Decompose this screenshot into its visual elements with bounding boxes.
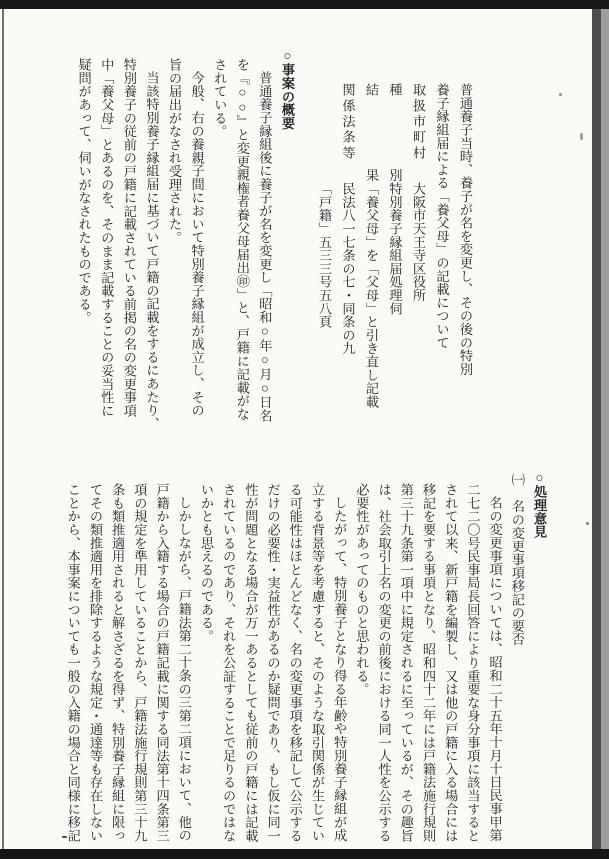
case-summary-section: ○事案の概要 普通養子縁組後に養子が名を変更し「昭和○年○月○日名 を『○○』と… [72, 48, 298, 432]
scanned-page: 普通養子当時、養子が名を変更し、その後の特別 養子縁組届による「養父母」の記載に… [0, 0, 609, 859]
meta-label: 取扱市町村 [407, 83, 431, 162]
opinion-heading: ○処理意見 [528, 470, 550, 853]
handling-opinion-section: ○処理意見 ㈠ 名の変更事項移記の要否 名の変更事項については、昭和二十五年十月… [62, 470, 550, 853]
opinion-paragraph-3: しかしながら、戸籍法第二十条の三第二項において、他の 戸籍から入籍する場合の戸籍… [62, 470, 195, 853]
scan-edge-right-light [601, 9, 609, 849]
summary-paragraph-1: 普通養子縁組後に養子が名を変更し「昭和○年○月○日名 を『○○』と変更親権者養父… [208, 48, 276, 432]
case-title: 普通養子当時、養子が名を変更し、その後の特別 養子縁組届による「養父母」の記載に… [430, 83, 477, 419]
meta-label: 関係法条等 [336, 83, 360, 162]
meta-related-laws: 関係法条等 民法八一七条の七・同条の九 [336, 83, 360, 419]
meta-label: 種別 [383, 83, 407, 253]
case-header: 普通養子当時、養子が名を変更し、その後の特別 養子縁組届による「養父母」の記載に… [313, 83, 478, 419]
scan-speck [580, 133, 583, 140]
scan-edge-left [2, 9, 4, 859]
meta-value: 民法八一七条の七・同条の九 [341, 182, 356, 355]
scan-speck [559, 93, 562, 96]
meta-type: 種別 特別養子縁組届処理伺 [383, 83, 407, 419]
scan-edge-top [0, 0, 609, 9]
scan-speck [586, 522, 589, 525]
summary-heading: ○事案の概要 [275, 48, 298, 432]
opinion-paragraph-1: 名の変更事項については、昭和二十五年十月十日民事甲第 二七二〇号民事局長回答によ… [350, 470, 505, 853]
opinion-paragraph-2: したがって、特別養子となり得る年齢や特別養子縁組が成 立する背景等を考慮すると、… [195, 470, 350, 853]
meta-related-laws-continued: 「戸籍」五三三号五八頁 [313, 83, 337, 419]
summary-paragraph-3: 当該特別養子縁組届に基づいて戸籍の記載をするにあたり、 特別養子の従前の戸籍に記… [72, 48, 162, 432]
scan-edge-right-dark [592, 9, 601, 849]
meta-value: 「戸籍」五三三号五八頁 [317, 182, 332, 328]
meta-result: 結果 「養父母」を「父母」と引き直し記載 [360, 83, 384, 419]
meta-label: 結果 [360, 83, 384, 253]
summary-paragraph-2: 今般、右の養親子間において特別養子縁組が成立し、その 旨の届出がなされ受理された… [162, 48, 207, 432]
meta-value: 大阪市天王寺区役所 [411, 182, 426, 302]
opinion-subheading: ㈠ 名の変更事項移記の要否 [506, 470, 528, 853]
meta-handling-municipality: 取扱市町村 大阪市天王寺区役所 [407, 83, 431, 419]
